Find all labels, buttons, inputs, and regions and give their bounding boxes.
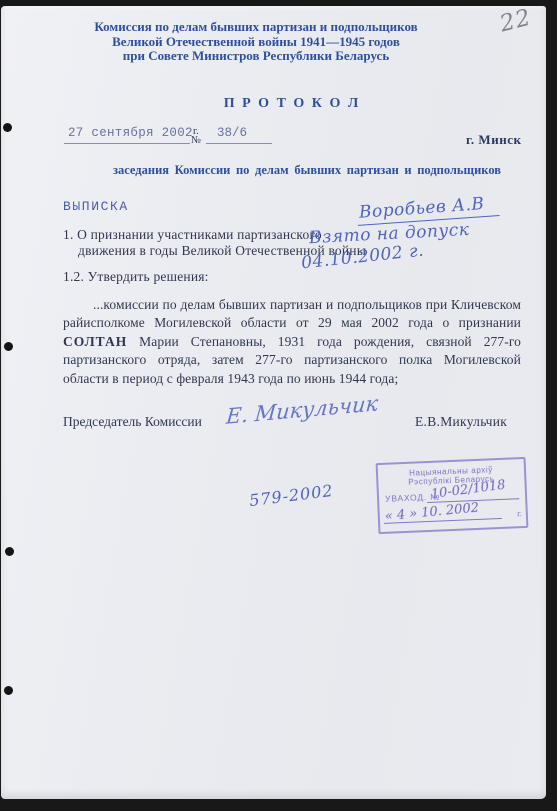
- decision-text-before: ...комиссии по делам бывших партизан и п…: [63, 297, 521, 330]
- city-label: г. Минск: [466, 132, 521, 148]
- protocol-date: 27 сентября 2002: [68, 126, 193, 140]
- decision-text-after: Марии Степановны, 1931 года рождения, св…: [63, 334, 521, 386]
- signer-name: Е.В.Микульчик: [415, 414, 507, 430]
- punch-hole: [4, 342, 13, 351]
- number-underline: [206, 143, 272, 144]
- extract-label: ВЫПИСКА: [63, 199, 129, 214]
- scanned-document: 22 Комиссия по делам бывших партизан и п…: [0, 0, 557, 811]
- date-underline: [64, 143, 190, 144]
- archive-entry-stamp: Нацыянальны архіў Рэспублікі Беларусь УВ…: [376, 457, 529, 534]
- protocol-number: 38/6: [217, 126, 247, 140]
- letterhead: Комиссия по делам бывших партизан и подп…: [16, 20, 496, 64]
- letterhead-line1: Комиссия по делам бывших партизан и подп…: [16, 20, 496, 35]
- letterhead-line3: при Совете Министров Республики Беларусь: [16, 49, 496, 64]
- agenda-item-line1: 1. О признании участниками партизанского: [63, 227, 322, 243]
- number-sign-label: №: [191, 135, 201, 146]
- protocol-title: П Р О Т О К О Л: [42, 96, 542, 112]
- punch-hole: [3, 123, 12, 132]
- agenda-subitem: 1.2. Утвердить решения:: [63, 269, 209, 285]
- protocol-subject: заседания Комиссии по делам бывших парти…: [57, 163, 557, 178]
- punch-hole: [4, 686, 13, 695]
- letterhead-line2: Великой Отечественной войны 1941—1945 го…: [16, 35, 496, 50]
- punch-hole: [5, 547, 14, 556]
- signer-role: Председатель Комиссии: [63, 414, 202, 430]
- stamp-date-suffix: г.: [517, 508, 522, 518]
- recognized-person-name: СОЛТАН: [63, 334, 127, 349]
- decision-paragraph: ...комиссии по делам бывших партизан и п…: [63, 296, 521, 388]
